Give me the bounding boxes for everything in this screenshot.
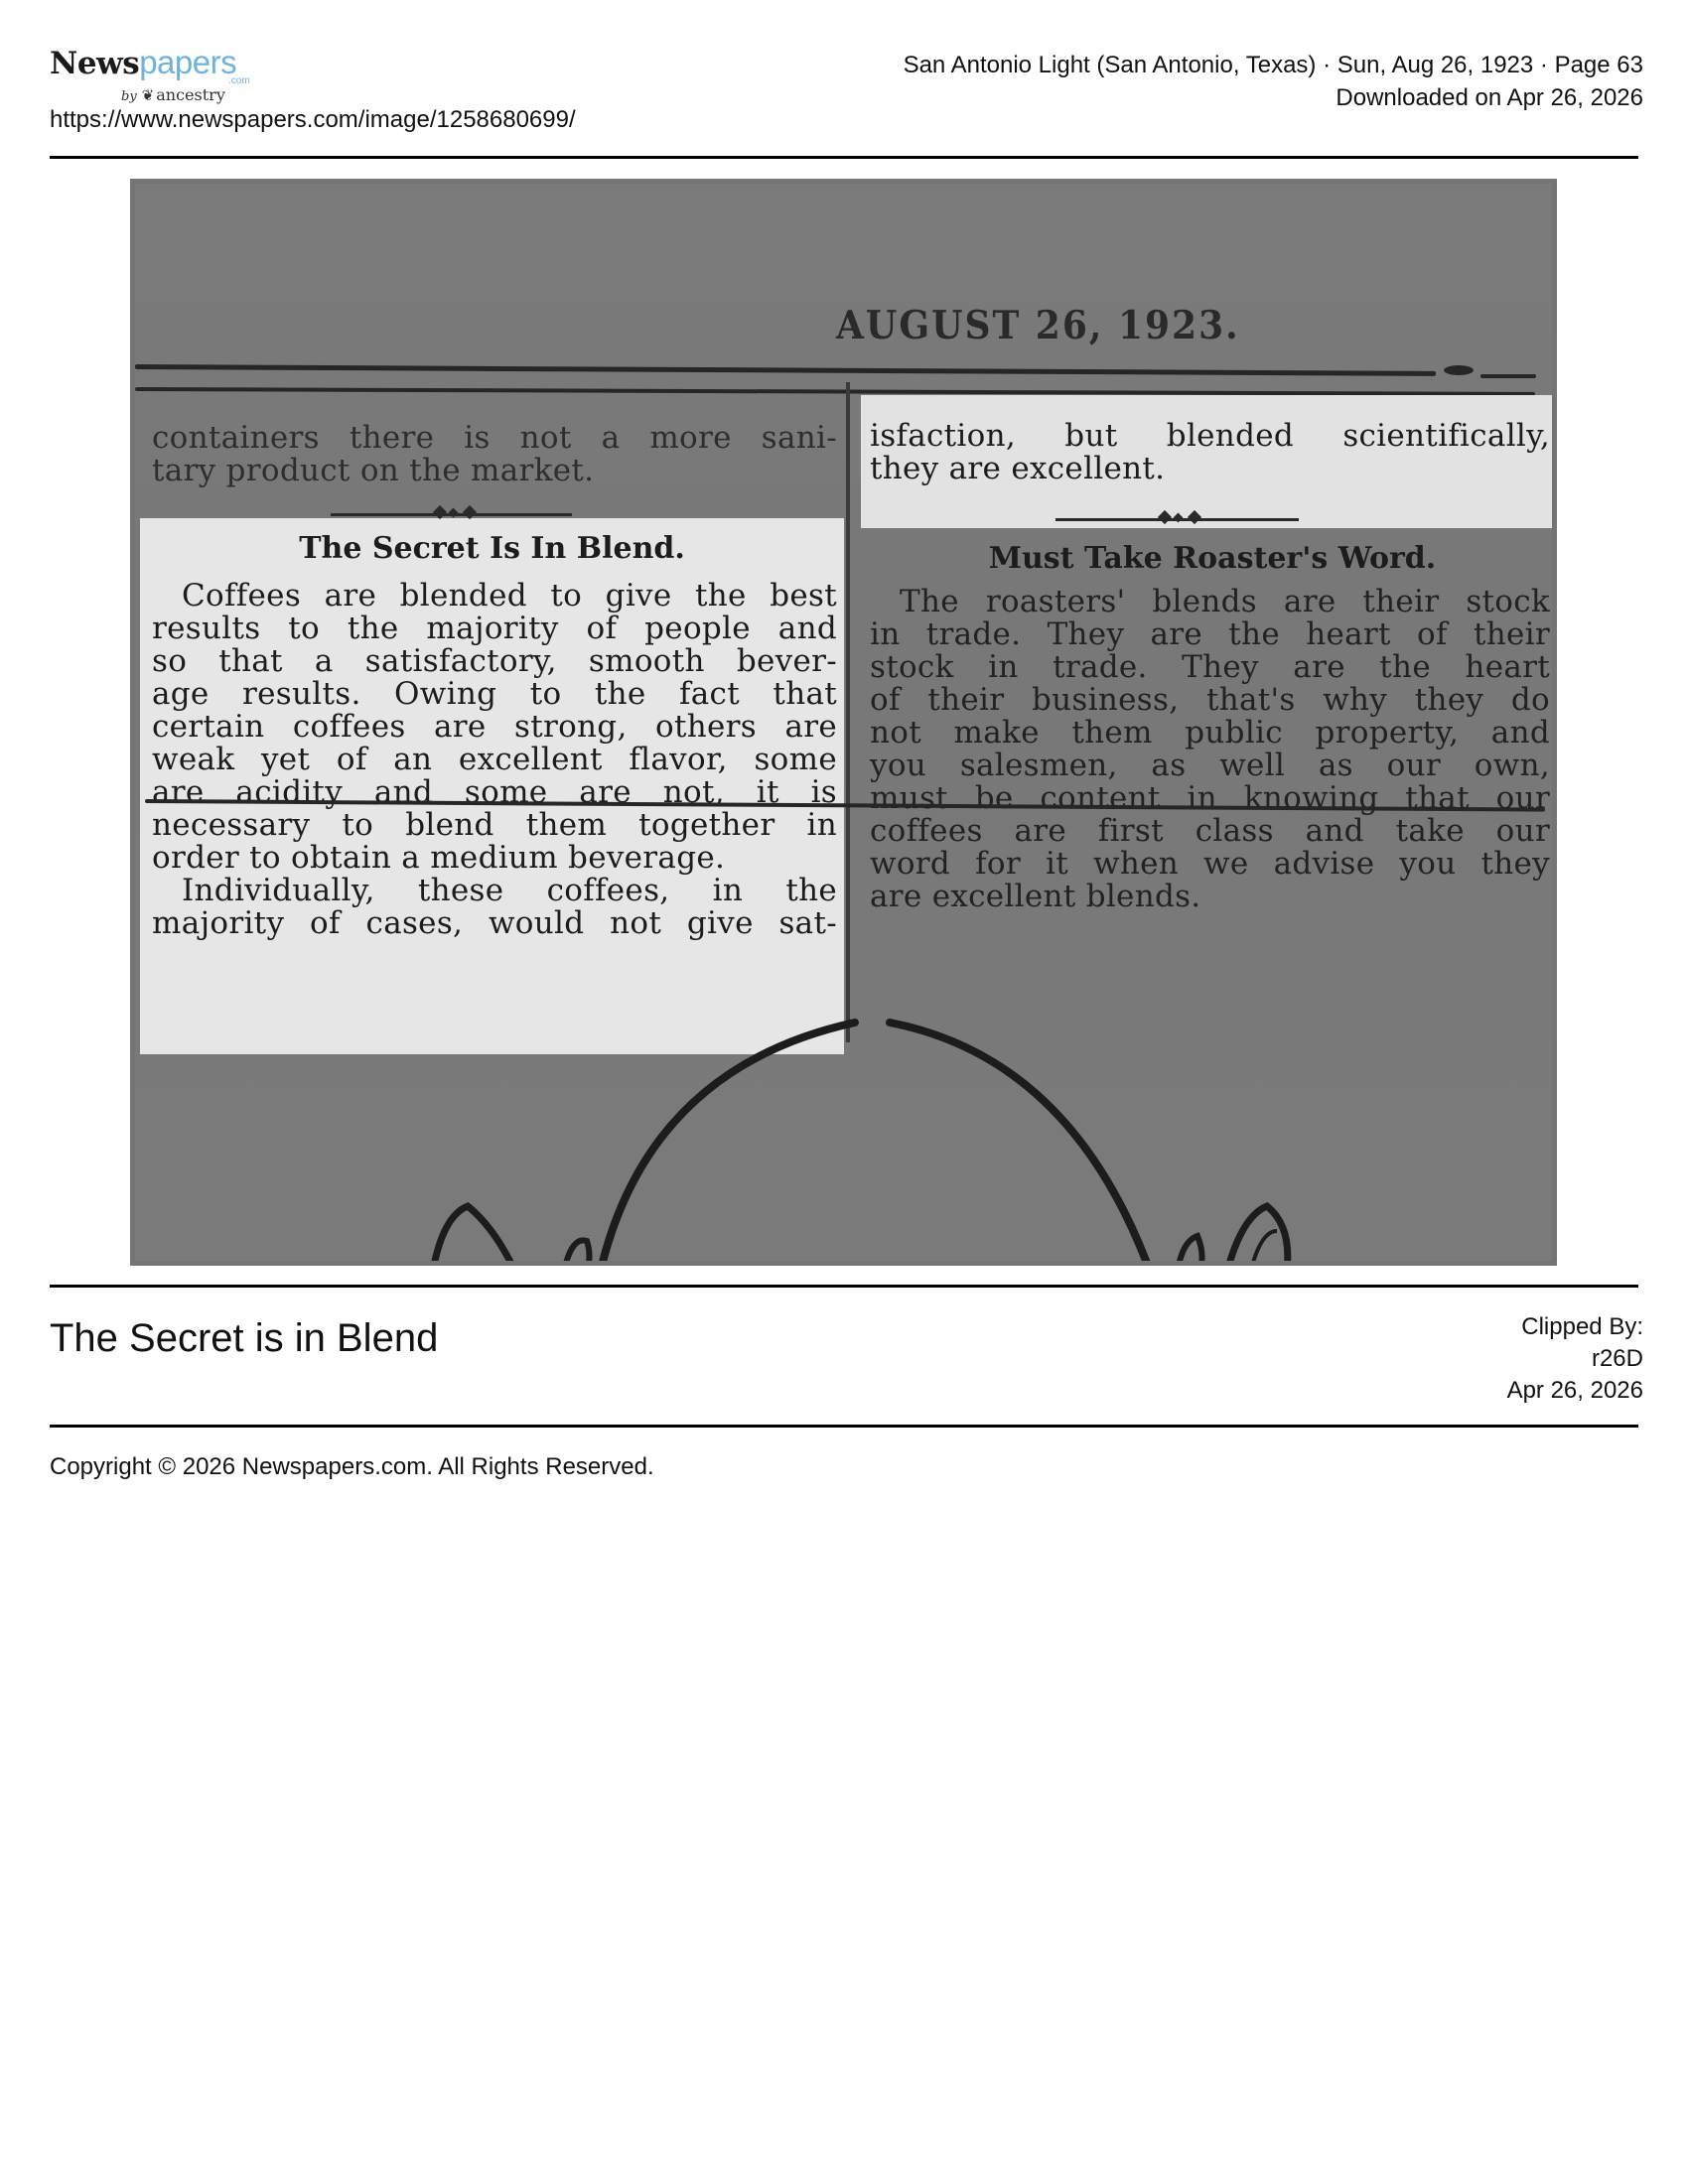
text-line: weak yet of an excellent flavor, some (152, 744, 837, 776)
clipping-title: The Secret is in Blend (50, 1316, 438, 1361)
clipped-date: Apr 26, 2026 (1507, 1375, 1643, 1407)
clipping-scan: AUGUST 26, 1923. containers there is not… (135, 184, 1552, 1261)
text-line: age results. Owing to the fact that (152, 678, 837, 711)
image-url[interactable]: https://www.newspapers.com/image/1258680… (50, 106, 576, 134)
text-line: in trade. They are the heart of their (870, 618, 1550, 651)
copyright-notice: Copyright © 2026 Newspapers.com. All Rig… (50, 1453, 654, 1481)
text-line: so that a satisfactory, smooth bever- (152, 645, 837, 678)
clipped-by-label: Clipped By: (1507, 1311, 1643, 1343)
header-divider (50, 156, 1638, 159)
logo-news-text: News (50, 46, 139, 81)
text-line: certain coffees are strong, others are (152, 711, 837, 744)
text-line: of their business, that's why they do (870, 684, 1550, 717)
logo-wordmark: Newspapers (50, 46, 236, 80)
text-line: Coffees are blended to give the best (152, 580, 837, 613)
logo-papers-text: papers (139, 44, 236, 80)
rule-tail (1480, 374, 1536, 378)
logo-ancestry-text: ancestry (156, 85, 225, 104)
decorative-arch-illustration (135, 799, 1557, 1266)
text-line: they are excellent. (870, 453, 1550, 485)
text-line: The roasters' blends are their stock (870, 586, 1550, 618)
text-line: results to the majority of people and (152, 613, 837, 645)
caption-bottom-divider (50, 1425, 1638, 1428)
text-line: stock in trade. They are the heart (870, 651, 1550, 684)
clipped-by-info: Clipped By: r26D Apr 26, 2026 (1507, 1311, 1643, 1407)
text-line: tary product on the market. (152, 455, 837, 487)
text-line: containers there is not a more sani- (152, 422, 837, 455)
caption-top-divider (50, 1285, 1638, 1288)
ancestry-leaf-icon: ❦ (142, 86, 155, 104)
text-line: isfaction, but blended scientifically, (870, 420, 1550, 453)
source-citation: San Antonio Light (San Antonio, Texas) ·… (904, 52, 1643, 79)
left-article-headline: The Secret Is In Blend. (140, 531, 844, 566)
text-line: you salesmen, as well as our own, (870, 750, 1550, 782)
section-ornament (331, 513, 572, 516)
dateline: AUGUST 26, 1923. (836, 303, 1240, 348)
logo-by-ancestry: by❦ancestry (121, 85, 225, 104)
newspaper-clipping-image: AUGUST 26, 1923. containers there is not… (130, 179, 1557, 1266)
logo-by-text: by (121, 89, 137, 104)
right-article-headline: Must Take Roaster's Word. (870, 541, 1555, 576)
rule-ornament (1444, 365, 1474, 375)
clipped-by-user[interactable]: r26D (1507, 1343, 1643, 1375)
section-ornament (1055, 518, 1299, 521)
newspapers-logo[interactable]: Newspapers .com by❦ancestry (50, 46, 258, 107)
right-continuation-text: isfaction, but blended scientifically, t… (870, 420, 1550, 485)
logo-dotcom: .com (228, 75, 250, 86)
previous-article-text: containers there is not a more sani- tar… (152, 422, 837, 487)
download-date: Downloaded on Apr 26, 2026 (1336, 84, 1643, 112)
masthead-rule (135, 364, 1436, 376)
text-line: not make them public property, and (870, 717, 1550, 750)
